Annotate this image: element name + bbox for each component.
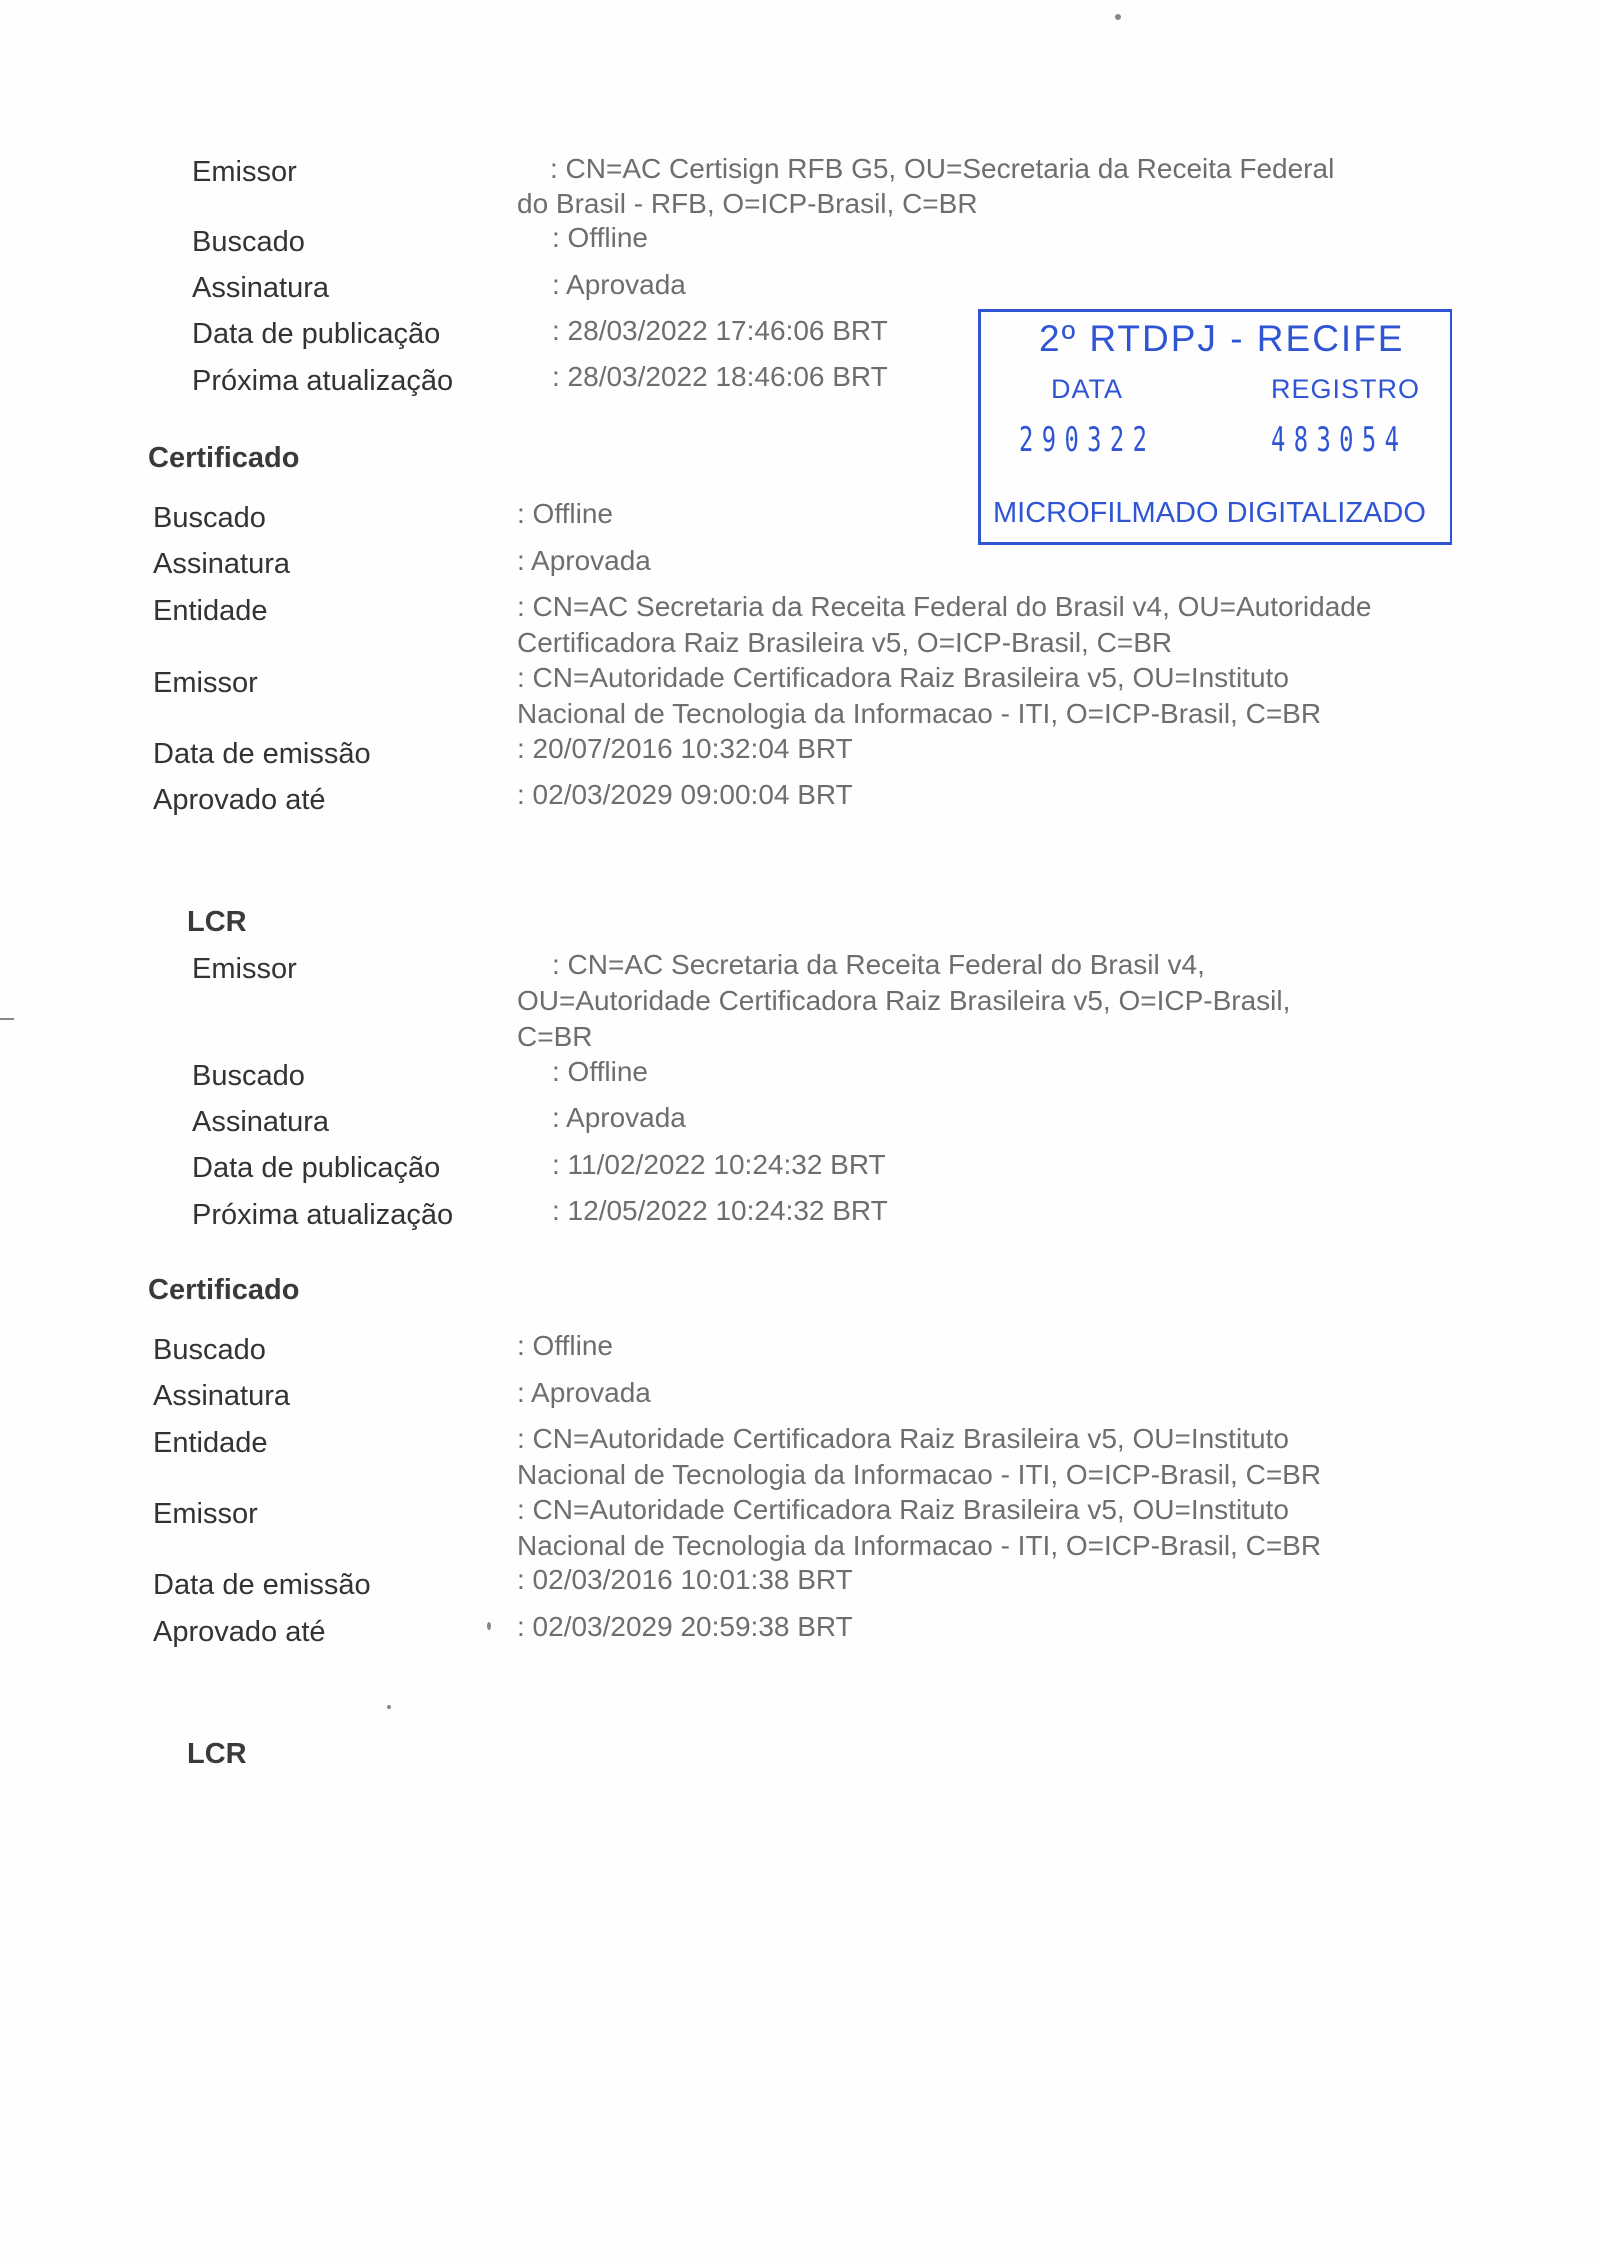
stamp-footer: MICROFILMADO DIGITALIZADO	[993, 497, 1426, 530]
cert1-buscado-value: : Offline	[517, 496, 613, 532]
cert2-entidade-label: Entidade	[153, 1427, 268, 1460]
emissor-value-cont: do Brasil - RFB, O=ICP-Brasil, C=BR	[517, 186, 978, 222]
lcr1-proxima-atualizacao-value: : 12/05/2022 10:24:32 BRT	[552, 1193, 888, 1229]
cert2-assinatura-label: Assinatura	[153, 1380, 290, 1413]
cert1-emissor-value: : CN=Autoridade Certificadora Raiz Brasi…	[517, 660, 1321, 732]
lcr1-buscado-value: : Offline	[552, 1054, 648, 1090]
data-publicacao-label: Data de publicação	[192, 318, 440, 351]
proxima-atualizacao-value: : 28/03/2022 18:46:06 BRT	[552, 359, 888, 395]
cert1-buscado-label: Buscado	[153, 502, 266, 535]
scan-speck	[487, 1622, 491, 1630]
cert2-emissor-label: Emissor	[153, 1498, 258, 1531]
lcr1-proxima-atualizacao-label: Próxima atualização	[192, 1199, 453, 1232]
lcr1-emissor-label: Emissor	[192, 953, 297, 986]
cert1-data-emissao-value: : 20/07/2016 10:32:04 BRT	[517, 731, 853, 767]
cert1-aprovado-ate-label: Aprovado até	[153, 784, 326, 817]
scan-mark	[0, 1018, 14, 1020]
scanned-page: Emissor : CN=AC Certisign RFB G5, OU=Sec…	[0, 0, 1600, 2264]
registry-stamp: 2º RTDPJ - RECIFE DATA REGISTRO 290322 4…	[978, 309, 1452, 545]
cert1-assinatura-label: Assinatura	[153, 548, 290, 581]
cert2-aprovado-ate-label: Aprovado até	[153, 1616, 326, 1649]
lcr-heading-2: LCR	[187, 1738, 247, 1771]
emissor-value: : CN=AC Certisign RFB G5, OU=Secretaria …	[550, 151, 1334, 187]
stamp-data-value: 290322	[1019, 420, 1155, 460]
proxima-atualizacao-label: Próxima atualização	[192, 365, 453, 398]
stamp-registro-label: REGISTRO	[1271, 374, 1420, 405]
cert1-entidade-label: Entidade	[153, 595, 268, 628]
lcr1-data-publicacao-value: : 11/02/2022 10:24:32 BRT	[552, 1147, 886, 1183]
data-publicacao-value: : 28/03/2022 17:46:06 BRT	[552, 313, 888, 349]
cert2-buscado-label: Buscado	[153, 1334, 266, 1367]
cert2-emissor-value: : CN=Autoridade Certificadora Raiz Brasi…	[517, 1492, 1321, 1564]
lcr1-emissor-value-cont: OU=Autoridade Certificadora Raiz Brasile…	[517, 983, 1290, 1055]
cert2-assinatura-value: : Aprovada	[517, 1375, 651, 1411]
lcr1-assinatura-value: : Aprovada	[552, 1100, 686, 1136]
scan-speck	[387, 1705, 391, 1709]
buscado-label: Buscado	[192, 226, 305, 259]
buscado-value: : Offline	[552, 220, 648, 256]
cert2-data-emissao-value: : 02/03/2016 10:01:38 BRT	[517, 1562, 853, 1598]
emissor-label: Emissor	[192, 156, 297, 189]
cert2-aprovado-ate-value: : 02/03/2029 20:59:38 BRT	[517, 1609, 853, 1645]
cert2-buscado-value: : Offline	[517, 1328, 613, 1364]
lcr1-buscado-label: Buscado	[192, 1060, 305, 1093]
assinatura-value: : Aprovada	[552, 267, 686, 303]
certificado-heading: Certificado	[148, 442, 299, 475]
cert1-entidade-value: : CN=AC Secretaria da Receita Federal do…	[517, 589, 1371, 661]
lcr1-assinatura-label: Assinatura	[192, 1106, 329, 1139]
scan-speck	[1115, 14, 1121, 20]
lcr1-emissor-value: : CN=AC Secretaria da Receita Federal do…	[552, 947, 1205, 983]
cert1-emissor-label: Emissor	[153, 667, 258, 700]
certificado-heading-2: Certificado	[148, 1274, 299, 1307]
assinatura-label: Assinatura	[192, 272, 329, 305]
stamp-registro-value: 483054	[1271, 420, 1407, 460]
cert1-data-emissao-label: Data de emissão	[153, 738, 371, 771]
cert2-data-emissao-label: Data de emissão	[153, 1569, 371, 1602]
cert2-entidade-value: : CN=Autoridade Certificadora Raiz Brasi…	[517, 1421, 1321, 1493]
lcr1-data-publicacao-label: Data de publicação	[192, 1152, 440, 1185]
stamp-data-label: DATA	[1051, 374, 1123, 405]
cert1-assinatura-value: : Aprovada	[517, 543, 651, 579]
cert1-aprovado-ate-value: : 02/03/2029 09:00:04 BRT	[517, 777, 853, 813]
stamp-title: 2º RTDPJ - RECIFE	[1039, 318, 1404, 360]
lcr-heading: LCR	[187, 906, 247, 939]
